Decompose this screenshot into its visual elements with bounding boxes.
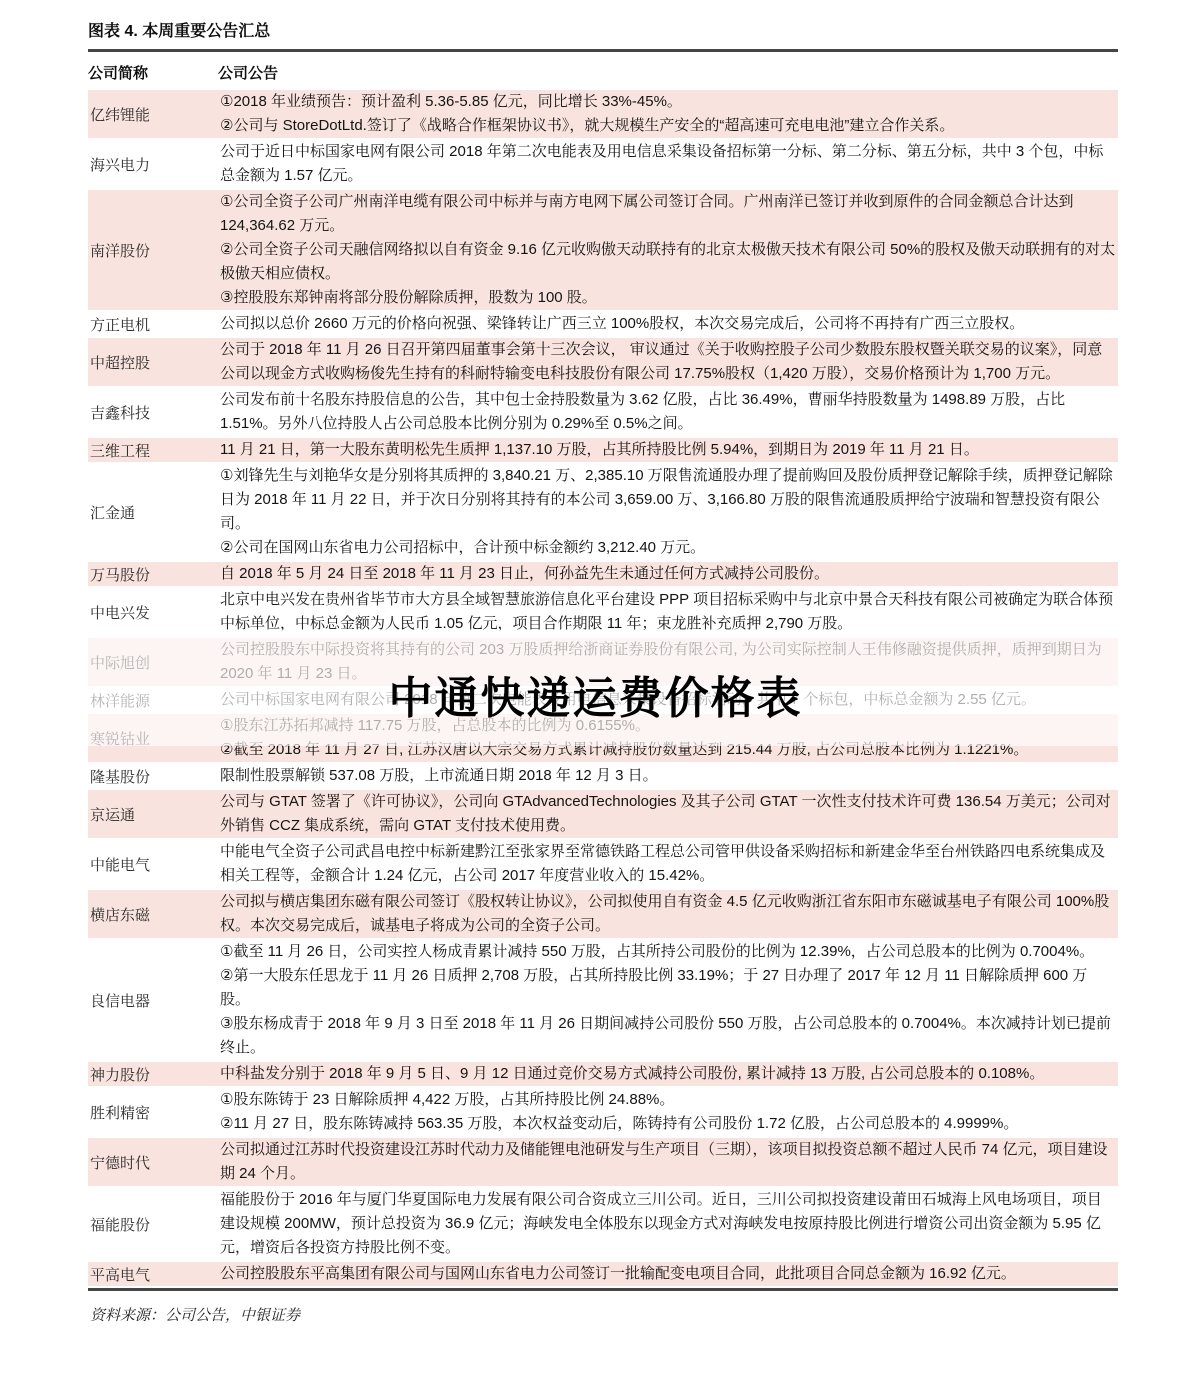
announcement-line: ②11 月 27 日，股东陈铸减持 563.35 万股，本次权益变动后，陈铸持有… xyxy=(220,1112,1116,1136)
table-row: 中能电气中能电气全资子公司武昌电控中标新建黔江至张家界至常德铁路工程总公司管甲供… xyxy=(88,839,1118,889)
table-header: 公司简称 公司公告 xyxy=(88,52,1118,89)
announcement-cell: 公司控股股东平高集团有限公司与国网山东省电力公司签订一批输配变电项目合同，此批项… xyxy=(220,1262,1118,1286)
announcement-line: ①刘锋先生与刘艳华女是分别将其质押的 3,840.21 万、2,385.10 万… xyxy=(220,464,1116,536)
table-row: 宁德时代公司拟通过江苏时代投资建设江苏时代动力及储能锂电池研发与生产项目（三期）… xyxy=(88,1137,1118,1187)
company-name: 福能股份 xyxy=(88,1188,220,1260)
company-name: 良信电器 xyxy=(88,940,220,1060)
announcement-cell: 11 月 21 日，第一大股东黄明松先生质押 1,137.10 万股，占其所持股… xyxy=(220,438,1118,462)
table-row: 吉鑫科技公司发布前十名股东持股信息的公告，其中包士金持股数量为 3.62 亿股，… xyxy=(88,387,1118,437)
company-name: 方正电机 xyxy=(88,312,220,336)
company-name: 寒锐钴业 xyxy=(88,714,220,762)
header-company-name: 公司简称 xyxy=(88,62,218,83)
table-row: 三维工程11 月 21 日，第一大股东黄明松先生质押 1,137.10 万股，占… xyxy=(88,437,1118,463)
company-name: 亿纬锂能 xyxy=(88,90,220,138)
announcement-cell: ①2018 年业绩预告：预计盈利 5.36-5.85 亿元，同比增长 33%-4… xyxy=(220,90,1118,138)
company-name: 万马股份 xyxy=(88,562,220,586)
source-note: 资料来源：公司公告，中银证券 xyxy=(88,1291,1118,1325)
table-body: 亿纬锂能①2018 年业绩预告：预计盈利 5.36-5.85 亿元，同比增长 3… xyxy=(88,89,1118,1287)
table-row: 万马股份自 2018 年 5 月 24 日至 2018 年 11 月 23 日止… xyxy=(88,561,1118,587)
table-row: 福能股份福能股份于 2016 年与厦门华夏国际电力发展有限公司合资成立三川公司。… xyxy=(88,1187,1118,1261)
announcement-line: 公司拟通过江苏时代投资建设江苏时代动力及储能锂电池研发与生产项目（三期），该项目… xyxy=(220,1138,1116,1186)
announcement-cell: 自 2018 年 5 月 24 日至 2018 年 11 月 23 日止，何孙益… xyxy=(220,562,1118,586)
table-row: 汇金通①刘锋先生与刘艳华女是分别将其质押的 3,840.21 万、2,385.1… xyxy=(88,463,1118,561)
table-row: 神力股份中科盐发分别于 2018 年 9 月 5 日、9 月 12 日通过竞价交… xyxy=(88,1061,1118,1087)
announcement-cell: ①股东陈铸于 23 日解除质押 4,422 万股，占其所持股比例 24.88%。… xyxy=(220,1088,1118,1136)
table-row: 中际旭创公司控股股东中际投资将其持有的公司 203 万股质押给浙商证券股份有限公… xyxy=(88,637,1118,687)
announcement-line: 自 2018 年 5 月 24 日至 2018 年 11 月 23 日止，何孙益… xyxy=(220,562,1116,586)
announcement-line: 公司中标国家电网有限公司 2018 年第二次电能表及用电信息采集设备招标活动，共… xyxy=(220,688,1116,712)
table-row: 胜利精密①股东陈铸于 23 日解除质押 4,422 万股，占其所持股比例 24.… xyxy=(88,1087,1118,1137)
announcement-line: 公司于 2018 年 11 月 26 日召开第四届董事会第十三次会议， 审议通过… xyxy=(220,338,1116,386)
announcement-line: 公司控股股东中际投资将其持有的公司 203 万股质押给浙商证券股份有限公司, 为… xyxy=(220,638,1116,686)
announcement-cell: 公司与 GTAT 签署了《许可协议》，公司向 GTAdvancedTechnol… xyxy=(220,790,1118,838)
announcement-line: ①截至 11 月 26 日，公司实控人杨成青累计减持 550 万股，占其所持公司… xyxy=(220,940,1116,964)
announcement-line: 中科盐发分别于 2018 年 9 月 5 日、9 月 12 日通过竞价交易方式减… xyxy=(220,1062,1116,1086)
announcement-cell: 公司拟与横店集团东磁有限公司签订《股权转让协议》，公司拟使用自有资金 4.5 亿… xyxy=(220,890,1118,938)
company-name: 隆基股份 xyxy=(88,764,220,788)
table-row: 横店东磁公司拟与横店集团东磁有限公司签订《股权转让协议》，公司拟使用自有资金 4… xyxy=(88,889,1118,939)
announcement-cell: 北京中电兴发在贵州省毕节市大方县全域智慧旅游信息化平台建设 PPP 项目招标采购… xyxy=(220,588,1118,636)
announcement-line: ②公司全资子公司天融信网络拟以自有资金 9.16 亿元收购傲天动联持有的北京太极… xyxy=(220,238,1116,286)
company-name: 中能电气 xyxy=(88,840,220,888)
announcement-line: 公司拟以总价 2660 万元的价格向祝强、梁锋转让广西三立 100%股权，本次交… xyxy=(220,312,1116,336)
announcement-line: 公司发布前十名股东持股信息的公告，其中包士金持股数量为 3.62 亿股，占比 3… xyxy=(220,388,1116,436)
announcement-line: 公司与 GTAT 签署了《许可协议》，公司向 GTAdvancedTechnol… xyxy=(220,790,1116,838)
company-name: 神力股份 xyxy=(88,1062,220,1086)
header-announcement: 公司公告 xyxy=(218,62,1118,83)
announcement-line: 中能电气全资子公司武昌电控中标新建黔江至张家界至常德铁路工程总公司管甲供设备采购… xyxy=(220,840,1116,888)
table-row: 平高电气公司控股股东平高集团有限公司与国网山东省电力公司签订一批输配变电项目合同… xyxy=(88,1261,1118,1287)
announcement-cell: 公司发布前十名股东持股信息的公告，其中包士金持股数量为 3.62 亿股，占比 3… xyxy=(220,388,1118,436)
announcement-line: 北京中电兴发在贵州省毕节市大方县全域智慧旅游信息化平台建设 PPP 项目招标采购… xyxy=(220,588,1116,636)
announcement-cell: 限制性股票解锁 537.08 万股，上市流通日期 2018 年 12 月 3 日… xyxy=(220,764,1118,788)
announcement-line: 公司控股股东平高集团有限公司与国网山东省电力公司签订一批输配变电项目合同，此批项… xyxy=(220,1262,1116,1286)
announcement-cell: ①公司全资子公司广州南洋电缆有限公司中标并与南方电网下属公司签订合同。广州南洋已… xyxy=(220,190,1118,310)
company-name: 横店东磁 xyxy=(88,890,220,938)
announcement-cell: 中能电气全资子公司武昌电控中标新建黔江至张家界至常德铁路工程总公司管甲供设备采购… xyxy=(220,840,1118,888)
announcement-cell: 公司于 2018 年 11 月 26 日召开第四届董事会第十三次会议， 审议通过… xyxy=(220,338,1118,386)
announcement-cell: 公司中标国家电网有限公司 2018 年第二次电能表及用电信息采集设备招标活动，共… xyxy=(220,688,1118,712)
company-name: 中电兴发 xyxy=(88,588,220,636)
company-name: 宁德时代 xyxy=(88,1138,220,1186)
announcement-cell: ①截至 11 月 26 日，公司实控人杨成青累计减持 550 万股，占其所持公司… xyxy=(220,940,1118,1060)
table-row: 方正电机公司拟以总价 2660 万元的价格向祝强、梁锋转让广西三立 100%股权… xyxy=(88,311,1118,337)
company-name: 胜利精密 xyxy=(88,1088,220,1136)
table-row: 亿纬锂能①2018 年业绩预告：预计盈利 5.36-5.85 亿元，同比增长 3… xyxy=(88,89,1118,139)
company-name: 中超控股 xyxy=(88,338,220,386)
company-name: 吉鑫科技 xyxy=(88,388,220,436)
company-name: 林洋能源 xyxy=(88,688,220,712)
announcement-cell: 公司拟通过江苏时代投资建设江苏时代动力及储能锂电池研发与生产项目（三期），该项目… xyxy=(220,1138,1118,1186)
announcement-line: ①2018 年业绩预告：预计盈利 5.36-5.85 亿元，同比增长 33%-4… xyxy=(220,90,1116,114)
announcement-cell: 中科盐发分别于 2018 年 9 月 5 日、9 月 12 日通过竞价交易方式减… xyxy=(220,1062,1118,1086)
announcement-line: 福能股份于 2016 年与厦门华夏国际电力发展有限公司合资成立三川公司。近日，三… xyxy=(220,1188,1116,1260)
company-name: 中际旭创 xyxy=(88,638,220,686)
announcement-cell: ①股东江苏拓邦减持 117.75 万股，占总股本的比例为 0.6155%。②截至… xyxy=(220,714,1118,762)
announcement-cell: 福能股份于 2016 年与厦门华夏国际电力发展有限公司合资成立三川公司。近日，三… xyxy=(220,1188,1118,1260)
table-row: 南洋股份①公司全资子公司广州南洋电缆有限公司中标并与南方电网下属公司签订合同。广… xyxy=(88,189,1118,311)
announcement-cell: ①刘锋先生与刘艳华女是分别将其质押的 3,840.21 万、2,385.10 万… xyxy=(220,464,1118,560)
announcement-cell: 公司于近日中标国家电网有限公司 2018 年第二次电能表及用电信息采集设备招标第… xyxy=(220,140,1118,188)
table-row: 林洋能源公司中标国家电网有限公司 2018 年第二次电能表及用电信息采集设备招标… xyxy=(88,687,1118,713)
announcement-line: ②第一大股东任思龙于 11 月 26 日质押 2,708 万股，占其所持股比例 … xyxy=(220,964,1116,1012)
table-row: 中电兴发北京中电兴发在贵州省毕节市大方县全域智慧旅游信息化平台建设 PPP 项目… xyxy=(88,587,1118,637)
announcements-table: 公司简称 公司公告 亿纬锂能①2018 年业绩预告：预计盈利 5.36-5.85… xyxy=(88,52,1118,1287)
announcement-line: ①股东江苏拓邦减持 117.75 万股，占总股本的比例为 0.6155%。 xyxy=(220,714,1116,738)
announcement-line: ②公司在国网山东省电力公司招标中，合计预中标金额约 3,212.40 万元。 xyxy=(220,536,1116,560)
company-name: 南洋股份 xyxy=(88,190,220,310)
announcement-line: 11 月 21 日，第一大股东黄明松先生质押 1,137.10 万股，占其所持股… xyxy=(220,438,1116,462)
announcement-line: 限制性股票解锁 537.08 万股，上市流通日期 2018 年 12 月 3 日… xyxy=(220,764,1116,788)
announcement-line: 公司于近日中标国家电网有限公司 2018 年第二次电能表及用电信息采集设备招标第… xyxy=(220,140,1116,188)
company-name: 三维工程 xyxy=(88,438,220,462)
table-row: 海兴电力公司于近日中标国家电网有限公司 2018 年第二次电能表及用电信息采集设… xyxy=(88,139,1118,189)
announcement-cell: 公司控股股东中际投资将其持有的公司 203 万股质押给浙商证券股份有限公司, 为… xyxy=(220,638,1118,686)
announcement-cell: 公司拟以总价 2660 万元的价格向祝强、梁锋转让广西三立 100%股权，本次交… xyxy=(220,312,1118,336)
table-row: 隆基股份限制性股票解锁 537.08 万股，上市流通日期 2018 年 12 月… xyxy=(88,763,1118,789)
company-name: 平高电气 xyxy=(88,1262,220,1286)
announcement-line: ①股东陈铸于 23 日解除质押 4,422 万股，占其所持股比例 24.88%。 xyxy=(220,1088,1116,1112)
announcement-line: 公司拟与横店集团东磁有限公司签订《股权转让协议》，公司拟使用自有资金 4.5 亿… xyxy=(220,890,1116,938)
company-name: 京运通 xyxy=(88,790,220,838)
figure-title: 图表 4. 本周重要公告汇总 xyxy=(88,0,1118,49)
announcement-line: ②截至 2018 年 11 月 27 日, 江苏汉唐以大宗交易方式累计减持股份数… xyxy=(220,738,1116,762)
table-row: 良信电器①截至 11 月 26 日，公司实控人杨成青累计减持 550 万股，占其… xyxy=(88,939,1118,1061)
announcement-line: ③控股股东郑钟南将部分股份解除质押，股数为 100 股。 xyxy=(220,286,1116,310)
table-row: 中超控股公司于 2018 年 11 月 26 日召开第四届董事会第十三次会议， … xyxy=(88,337,1118,387)
table-row: 寒锐钴业①股东江苏拓邦减持 117.75 万股，占总股本的比例为 0.6155%… xyxy=(88,713,1118,763)
company-name: 汇金通 xyxy=(88,464,220,560)
announcement-line: ③股东杨成青于 2018 年 9 月 3 日至 2018 年 11 月 26 日… xyxy=(220,1012,1116,1060)
company-name: 海兴电力 xyxy=(88,140,220,188)
announcement-line: ②公司与 StoreDotLtd.签订了《战略合作框架协议书》，就大规模生产安全… xyxy=(220,114,1116,138)
report-page: 图表 4. 本周重要公告汇总 公司简称 公司公告 亿纬锂能①2018 年业绩预告… xyxy=(88,0,1118,1325)
announcement-line: ①公司全资子公司广州南洋电缆有限公司中标并与南方电网下属公司签订合同。广州南洋已… xyxy=(220,190,1116,238)
table-row: 京运通公司与 GTAT 签署了《许可协议》，公司向 GTAdvancedTech… xyxy=(88,789,1118,839)
